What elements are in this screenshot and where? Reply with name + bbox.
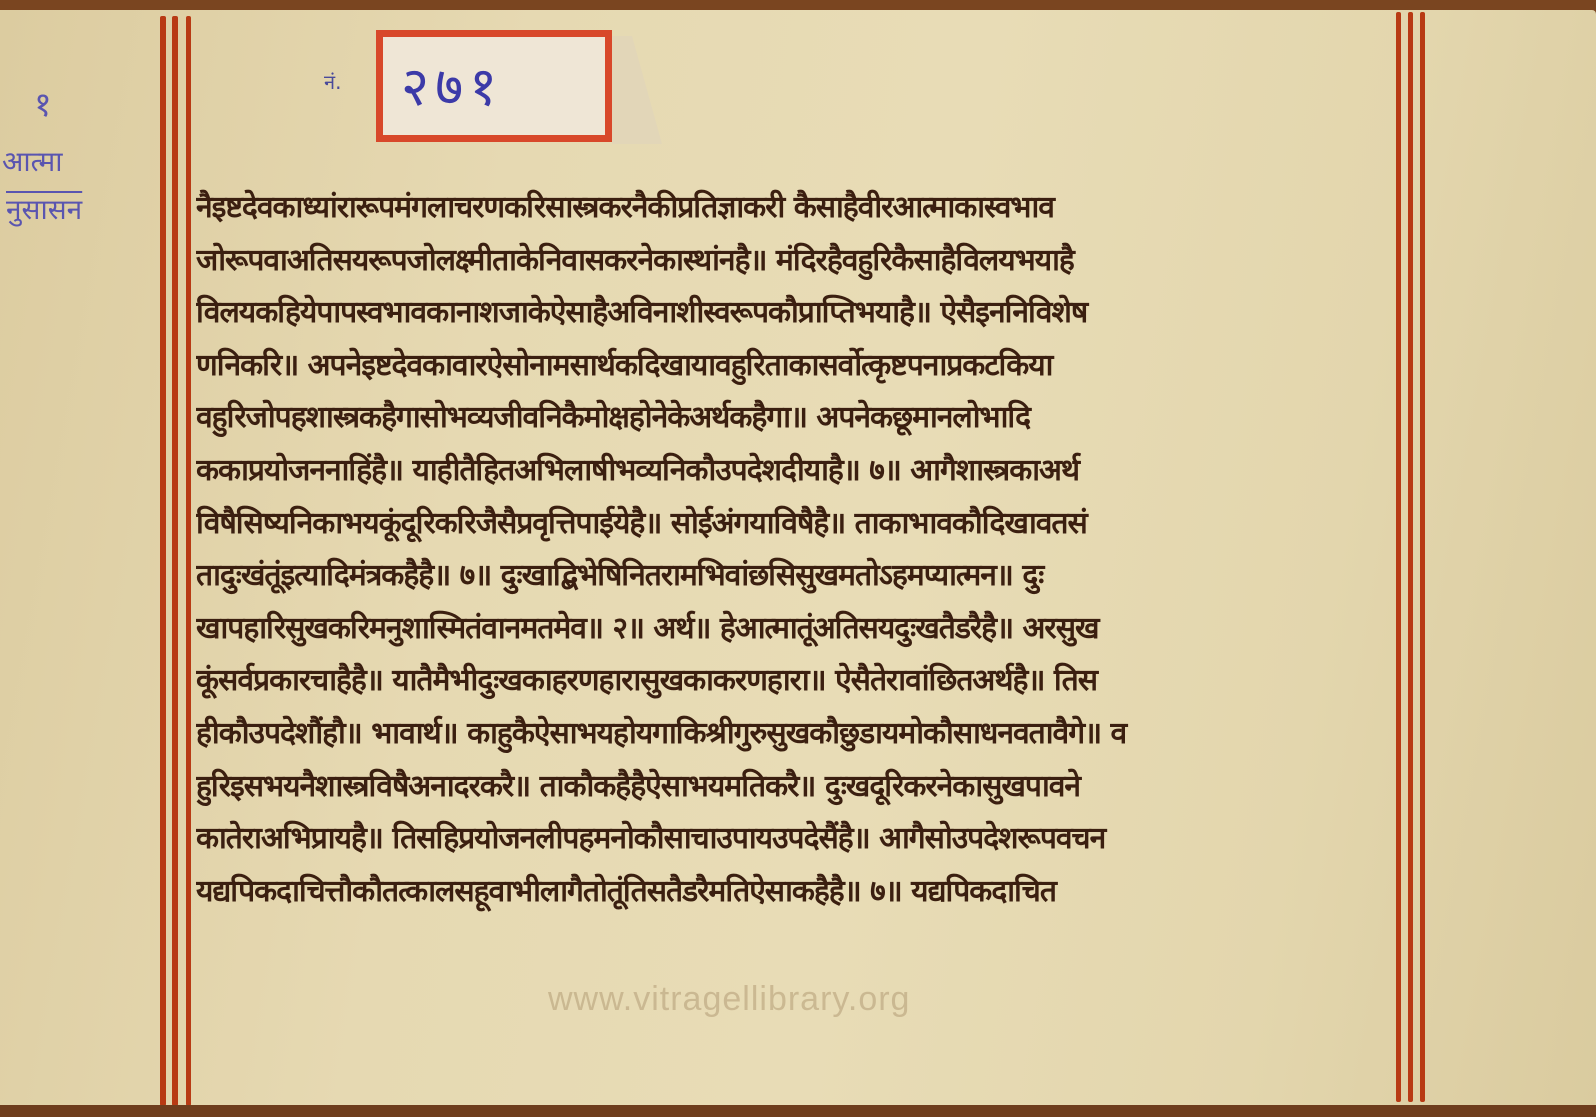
left-border-rule-3 <box>186 16 191 1106</box>
text-line: णनिकरि॥ अपनेइष्टदेवकावारऐसोनामसार्थकदिखा… <box>196 340 1406 393</box>
text-line: जोरूपवाअतिसयरूपजोलक्ष्मीताकेनिवासकरनेकास… <box>196 235 1406 288</box>
margin-title-line-1: आत्मा <box>2 142 62 180</box>
text-line: खापहारिसुखकरिमनुशास्मितंवानमतमेव॥ २॥ अर्… <box>196 603 1406 656</box>
left-border-rule-1 <box>160 16 166 1106</box>
manuscript-text: नैइष्टदेवकाध्यांरारूपमंगलाचरणकरिसास्त्रक… <box>196 182 1406 918</box>
text-line: तादुःखंतूंइत्यादिमंत्रकहैहै॥ ७॥ दुःखाद्ब… <box>196 550 1406 603</box>
right-border-rule-2 <box>1408 12 1413 1102</box>
text-line: ककाप्रयोजननाहिंहै॥ याहीतैहितअभिलाषीभव्यन… <box>196 445 1406 498</box>
catalog-label: २७१ <box>376 30 612 142</box>
text-line: यद्यपिकदाचित्तौकौतत्कालसहूवाभीलागैतोतूंत… <box>196 866 1406 919</box>
text-line: वहुरिजोपहशास्त्रकहैगासोभव्यजीवनिकैमोक्षह… <box>196 392 1406 445</box>
text-line: विलयकहियेपापस्वभावकानाशजाकेऐसाहैअविनाशीस… <box>196 287 1406 340</box>
text-line: हुरिइसभयनैशास्त्रविषैअनादरकरै॥ ताकौकहैहै… <box>196 761 1406 814</box>
manuscript-folio: १ आत्मा नुसासन नं. २७१ नैइष्टदेवकाध्यांर… <box>0 10 1596 1110</box>
margin-title-line-2: नुसासन <box>6 190 82 228</box>
left-border-rule-2 <box>172 16 178 1106</box>
catalog-number-prefix: नं. <box>324 68 341 95</box>
margin-folio-number: १ <box>34 80 52 126</box>
text-line: कातेराअभिप्रायहै॥ तिसहिप्रयोजनलीपहमनोकौस… <box>196 813 1406 866</box>
text-line: कूंसर्वप्रकारचाहैहै॥ यातैमैभीदुःखकाहरणहा… <box>196 655 1406 708</box>
catalog-number: २७१ <box>401 47 503 121</box>
text-line: नैइष्टदेवकाध्यांरारूपमंगलाचरणकरिसास्त्रक… <box>196 182 1406 235</box>
background-bottom-edge <box>0 1105 1596 1117</box>
right-border-rule-3 <box>1420 12 1425 1102</box>
text-line: हीकौउपदेशौंहौ॥ भावार्थ॥ काहुकैऐसाभयहोयगा… <box>196 708 1406 761</box>
text-line: विषैसिष्यनिकाभयकूंदूरिकरिजैसैप्रवृत्तिपा… <box>196 498 1406 551</box>
library-watermark: www.vitragellibrary.org <box>548 980 910 1019</box>
torn-paper-flap <box>612 36 662 144</box>
